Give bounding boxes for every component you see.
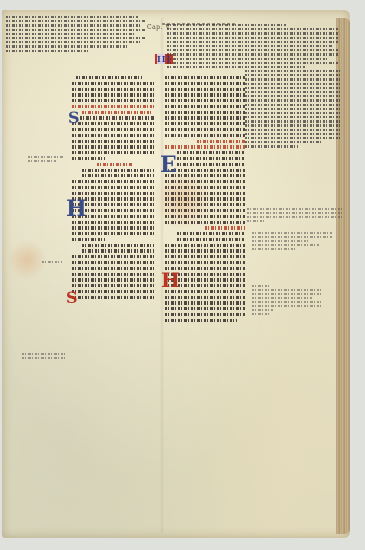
decorated-initial-h: H: [161, 270, 180, 290]
margin-note: [28, 156, 63, 164]
right-margin-note: [252, 285, 322, 317]
margin-note: [42, 261, 62, 265]
rubric: [82, 111, 152, 114]
decorated-initial-s: S: [68, 110, 80, 126]
margin-note: [22, 353, 67, 361]
left-text-column: [72, 76, 154, 301]
stain: [7, 240, 47, 280]
right-margin-note: [247, 208, 342, 224]
right-margin-gloss: [245, 70, 341, 150]
manuscript-page: Cap. V. III S: [2, 10, 350, 538]
right-margin-note: [252, 232, 332, 252]
top-left-gloss: [6, 16, 146, 54]
rubric: [72, 105, 154, 108]
rubric: [205, 226, 245, 229]
rubric: [165, 145, 245, 148]
rubric: [197, 140, 245, 143]
rubric: [97, 163, 134, 166]
decorated-initial-e: E: [160, 154, 177, 176]
decorated-initial-s: S: [66, 290, 78, 306]
decorated-initial-h: H: [66, 198, 87, 220]
top-right-gloss: [167, 24, 339, 70]
